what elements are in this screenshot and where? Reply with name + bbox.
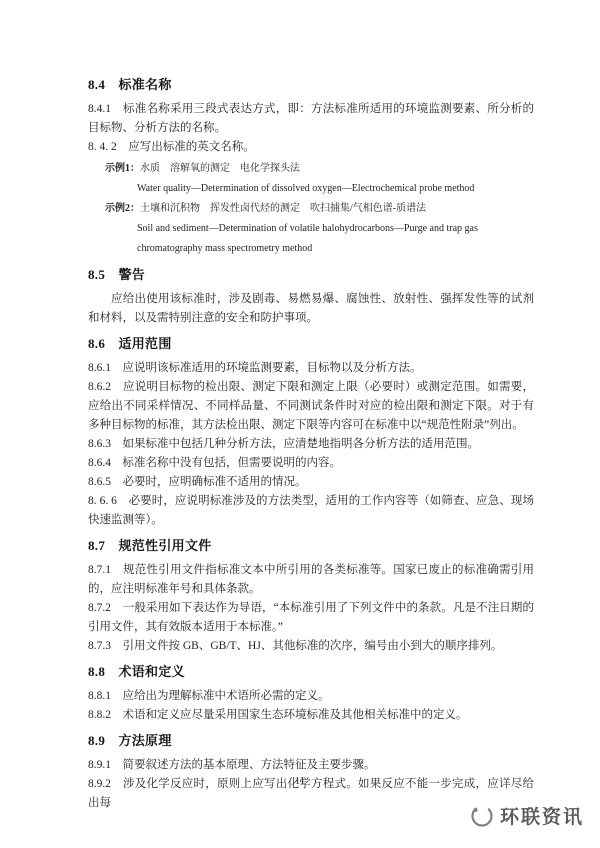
- examples-block: 示例1：水质 溶解氧的测定 电化学探头法 Water quality—Deter…: [88, 159, 534, 259]
- example-1-line: 示例1：水质 溶解氧的测定 电化学探头法: [88, 159, 534, 179]
- document-page: 8.4 标准名称 8.4.1 标准名称采用三段式表达方式，即：方法标准所适用的环…: [0, 0, 600, 848]
- clause-8-7-2: 8.7.2 一般采用如下表达作为导语，“本标准引用了下列文件中的条款。凡是不注日…: [88, 599, 534, 637]
- example-2-line: 示例2：土壤和沉积物 挥发性卤代烃的测定 吹扫捕集/气相色谱-质谱法: [88, 199, 534, 219]
- clause-8-7-1: 8.7.1 规范性引用文件指标准文本中所引用的各类标准等。国家已废止的标准确需引…: [88, 561, 534, 599]
- clause-8-4-1: 8.4.1 标准名称采用三段式表达方式，即：方法标准所适用的环境监测要素、所分析…: [88, 100, 534, 138]
- example-1-label: 示例1：: [105, 163, 140, 174]
- page-number: 11: [0, 775, 600, 787]
- example-1-en: Water quality—Determination of dissolved…: [88, 179, 534, 199]
- section-heading-8-7: 8.7 规范性引用文件: [88, 536, 534, 555]
- clause-8-7-3: 8.7.3 引用文件按 GB、GB/T、HJ、其他标准的次序，编号由小到大的顺序…: [88, 637, 534, 656]
- example-1-cn: 水质 溶解氧的测定 电化学探头法: [140, 163, 300, 174]
- example-2-label: 示例2：: [105, 203, 140, 214]
- brand-name: 环联资讯: [500, 802, 584, 829]
- clause-8-6-2: 8.6.2 应说明目标物的检出限、测定下限和测定上限（必要时）或测定范围。如需要…: [88, 378, 534, 435]
- brand-ring-icon: [469, 803, 495, 829]
- section-heading-8-9: 8.9 方法原理: [88, 731, 534, 750]
- brand-logo: 环联资讯: [469, 802, 584, 829]
- clause-8-6-4: 8.6.4 标准名称中没有包括，但需要说明的内容。: [88, 454, 534, 473]
- example-2-en-line2: chromatography mass spectrometry method: [88, 239, 534, 259]
- clause-8-6-3: 8.6.3 如果标准中包括几种分析方法，应清楚地指明各分析方法的适用范围。: [88, 435, 534, 454]
- clause-8-8-2: 8.8.2 术语和定义应尽量采用国家生态环境标准及其他相关标准中的定义。: [88, 706, 534, 725]
- section-heading-8-8: 8.8 术语和定义: [88, 662, 534, 681]
- clause-8-4-2: 8. 4. 2 应写出标准的英文名称。: [88, 138, 534, 157]
- clause-8-6-6: 8. 6. 6 必要时，应说明标准涉及的方法类型，适用的工作内容等（如筛查、应急…: [88, 492, 534, 530]
- clause-8-5-body: 应给出使用该标准时，涉及剧毒、易燃易爆、腐蚀性、放射性、强挥发性等的试剂和材料，…: [88, 290, 534, 328]
- example-2-cn: 土壤和沉积物 挥发性卤代烃的测定 吹扫捕集/气相色谱-质谱法: [140, 203, 426, 214]
- section-heading-8-5: 8.5 警告: [88, 265, 534, 284]
- clause-8-8-1: 8.8.1 应给出为理解标准中术语所必需的定义。: [88, 687, 534, 706]
- clause-8-9-1: 8.9.1 简要叙述方法的基本原理、方法特征及主要步骤。: [88, 756, 534, 775]
- document-content: 8.4 标准名称 8.4.1 标准名称采用三段式表达方式，即：方法标准所适用的环…: [88, 69, 534, 813]
- section-heading-8-4: 8.4 标准名称: [88, 75, 534, 94]
- clause-8-6-5: 8.6.5 必要时，应明确标准不适用的情况。: [88, 473, 534, 492]
- clause-8-6-1: 8.6.1 应说明该标准适用的环境监测要素，目标物以及分析方法。: [88, 359, 534, 378]
- section-heading-8-6: 8.6 适用范围: [88, 334, 534, 353]
- example-2-en-line1: Soil and sediment—Determination of volat…: [88, 219, 534, 239]
